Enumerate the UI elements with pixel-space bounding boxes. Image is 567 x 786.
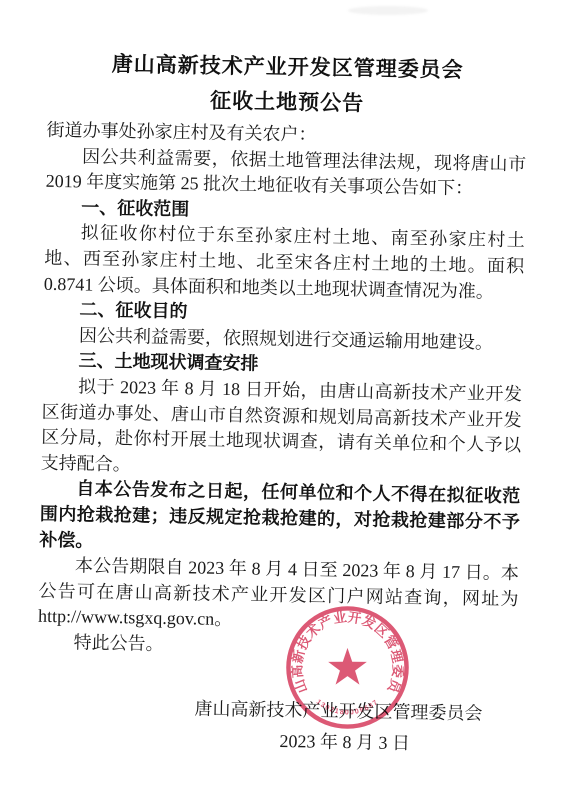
section-1-body: 拟征收你村位于东至孙家庄村土地、南至孙家庄村土地、西至孙家庄村土地、北至宋各庄村…: [44, 220, 525, 305]
intro-paragraph: 因公共利益需要，依据土地管理法律法规，现将唐山市 2019 年度实施第 25 批…: [45, 143, 526, 203]
seal-registration-number: 1302180009687: [315, 699, 380, 717]
signature-org: 唐山高新技术产业开发区管理委员会: [36, 693, 516, 727]
official-seal: 唐山高新技术产业开发区管理委员会 1302180009687: [284, 604, 411, 731]
seal-graphic: 唐山高新技术产业开发区管理委员会 1302180009687: [284, 604, 411, 731]
announcement-document: 唐山高新技术产业开发区管理委员会 征收土地预公告 街道办事处孙家庄村及有关农户：…: [36, 46, 528, 759]
seal-arc-text: 唐山高新技术产业开发区管理委员会: [284, 604, 407, 696]
scan-artifact: [348, 6, 428, 15]
announcement-page: 唐山高新技术产业开发区管理委员会 征收土地预公告 街道办事处孙家庄村及有关农户：…: [0, 0, 567, 786]
warning-paragraph: 自本公告发布之日起，任何单位和个人不得在拟征收范围内抢栽抢建；违反规定抢栽抢建的…: [39, 476, 520, 561]
validity-paragraph: 本公告期限自 2023 年 8 月 4 日至 2023 年 8 月 17 日。本…: [38, 553, 519, 638]
section-3-body: 拟于 2023 年 8 月 18 日开始，由唐山高新技术产业开发区街道办事处、唐…: [41, 374, 523, 485]
seal-number-holder: 1302180009687: [315, 699, 380, 717]
signature-date: 2023 年 8 月 3 日: [36, 724, 516, 758]
document-body: 街道办事处孙家庄村及有关农户： 因公共利益需要，依据土地管理法律法规，现将唐山市…: [37, 118, 526, 664]
seal-arc-text-holder: 唐山高新技术产业开发区管理委员会: [284, 604, 407, 696]
red-star-icon: [328, 648, 367, 685]
